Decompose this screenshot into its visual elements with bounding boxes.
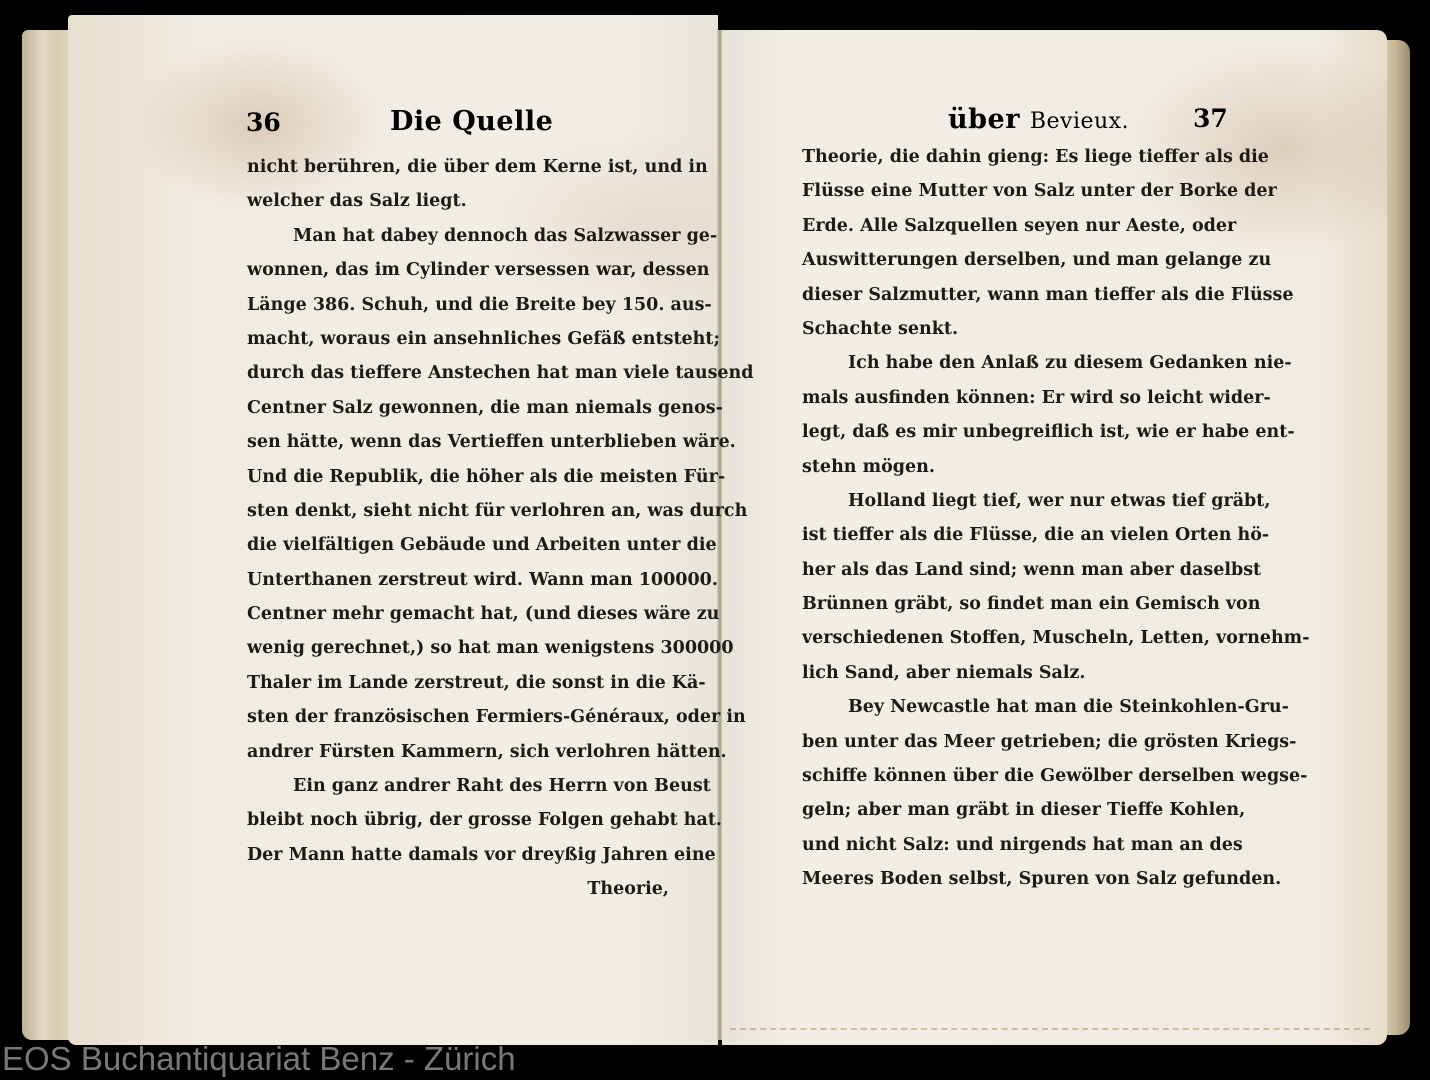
text-line: Ich habe den Anlaß zu diesem Gedanken ni…: [802, 346, 1222, 380]
text-line: Auswitterungen derselben, und man gelang…: [802, 243, 1222, 277]
text-line: macht, woraus ein ansehnliches Gefäß ent…: [247, 322, 669, 356]
text-line: andrer Fürsten Kammern, sich verlohren h…: [247, 735, 669, 769]
text-line: lich Sand, aber niemals Salz.: [802, 656, 1222, 690]
text-line: Theorie, die dahin gieng: Es liege tieff…: [802, 140, 1222, 174]
page-number-left: 36: [246, 108, 281, 137]
text-line: stehn mögen.: [802, 450, 1222, 484]
text-line: geln; aber man gräbt in dieser Tieffe Ko…: [802, 793, 1222, 827]
running-head-right: über Bevieux.: [948, 104, 1129, 135]
text-line: Man hat dabey dennoch das Salzwasser ge-: [247, 219, 669, 253]
text-line: dieser Salzmutter, wann man tieffer als …: [802, 278, 1222, 312]
text-line: legt, daß es mir unbegreiflich ist, wie …: [802, 415, 1222, 449]
text-line: mals ausfinden können: Er wird so leicht…: [802, 381, 1222, 415]
text-line: Centner mehr gemacht hat, (und dieses wä…: [247, 597, 669, 631]
right-page-text: Theorie, die dahin gieng: Es liege tieff…: [802, 140, 1222, 897]
text-line: nicht berühren, die über dem Kerne ist, …: [247, 150, 669, 184]
text-line: wonnen, das im Cylinder versessen war, d…: [247, 253, 669, 287]
text-line: die vielfältigen Gebäude und Arbeiten un…: [247, 528, 669, 562]
text-line: Länge 386. Schuh, und die Breite bey 150…: [247, 288, 669, 322]
running-head-latin: Bevieux.: [1030, 109, 1129, 134]
text-line: Thaler im Lande zerstreut, die sonst in …: [247, 666, 669, 700]
text-line: Ein ganz andrer Raht des Herrn von Beust: [247, 769, 669, 803]
text-line: Erde. Alle Salzquellen seyen nur Aeste, …: [802, 209, 1222, 243]
text-line: Und die Republik, die höher als die meis…: [247, 460, 669, 494]
text-line: Unterthanen zerstreut wird. Wann man 100…: [247, 563, 669, 597]
open-book: 36 Die Quelle nicht berühren, die über d…: [0, 0, 1430, 1080]
text-line: Schachte senkt.: [802, 312, 1222, 346]
text-line: Der Mann hatte damals vor dreyßig Jahren…: [247, 838, 669, 872]
running-head-left: Die Quelle: [390, 106, 553, 137]
left-page-text: nicht berühren, die über dem Kerne ist, …: [247, 150, 669, 907]
text-line: Brünnen gräbt, so findet man ein Gemisch…: [802, 587, 1222, 621]
running-head-prefix: über: [948, 104, 1020, 135]
text-line: Flüsse eine Mutter von Salz unter der Bo…: [802, 174, 1222, 208]
text-line: Centner Salz gewonnen, die man niemals g…: [247, 391, 669, 425]
text-line: verschiedenen Stoffen, Muscheln, Letten,…: [802, 621, 1222, 655]
text-line: sten der französischen Fermiers-Généraux…: [247, 700, 669, 734]
bottom-edge-stain: [730, 1022, 1370, 1030]
text-line: Bey Newcastle hat man die Steinkohlen-Gr…: [802, 690, 1222, 724]
text-line: ben unter das Meer getrieben; die gröste…: [802, 725, 1222, 759]
text-line: schiffe können über die Gewölber derselb…: [802, 759, 1222, 793]
page-number-right: 37: [1193, 104, 1228, 133]
watermark: EOS Buchantiquariat Benz - Zürich: [2, 1040, 516, 1078]
text-line: sen hätte, wenn das Vertieffen unterblie…: [247, 425, 669, 459]
text-line: her als das Land sind; wenn man aber das…: [802, 553, 1222, 587]
text-line: sten denkt, sieht nicht für verlohren an…: [247, 494, 669, 528]
text-line: und nicht Salz: und nirgends hat man an …: [802, 828, 1222, 862]
text-line: durch das tieffere Anstechen hat man vie…: [247, 356, 669, 390]
catchword: Theorie,: [247, 872, 669, 906]
text-line: Holland liegt tief, wer nur etwas tief g…: [802, 484, 1222, 518]
text-line: bleibt noch übrig, der grosse Folgen geh…: [247, 803, 669, 837]
text-line: Meeres Boden selbst, Spuren von Salz gef…: [802, 862, 1222, 896]
text-line: welcher das Salz liegt.: [247, 184, 669, 218]
text-line: ist tieffer als die Flüsse, die an viele…: [802, 518, 1222, 552]
text-line: wenig gerechnet,) so hat man wenigstens …: [247, 631, 669, 665]
